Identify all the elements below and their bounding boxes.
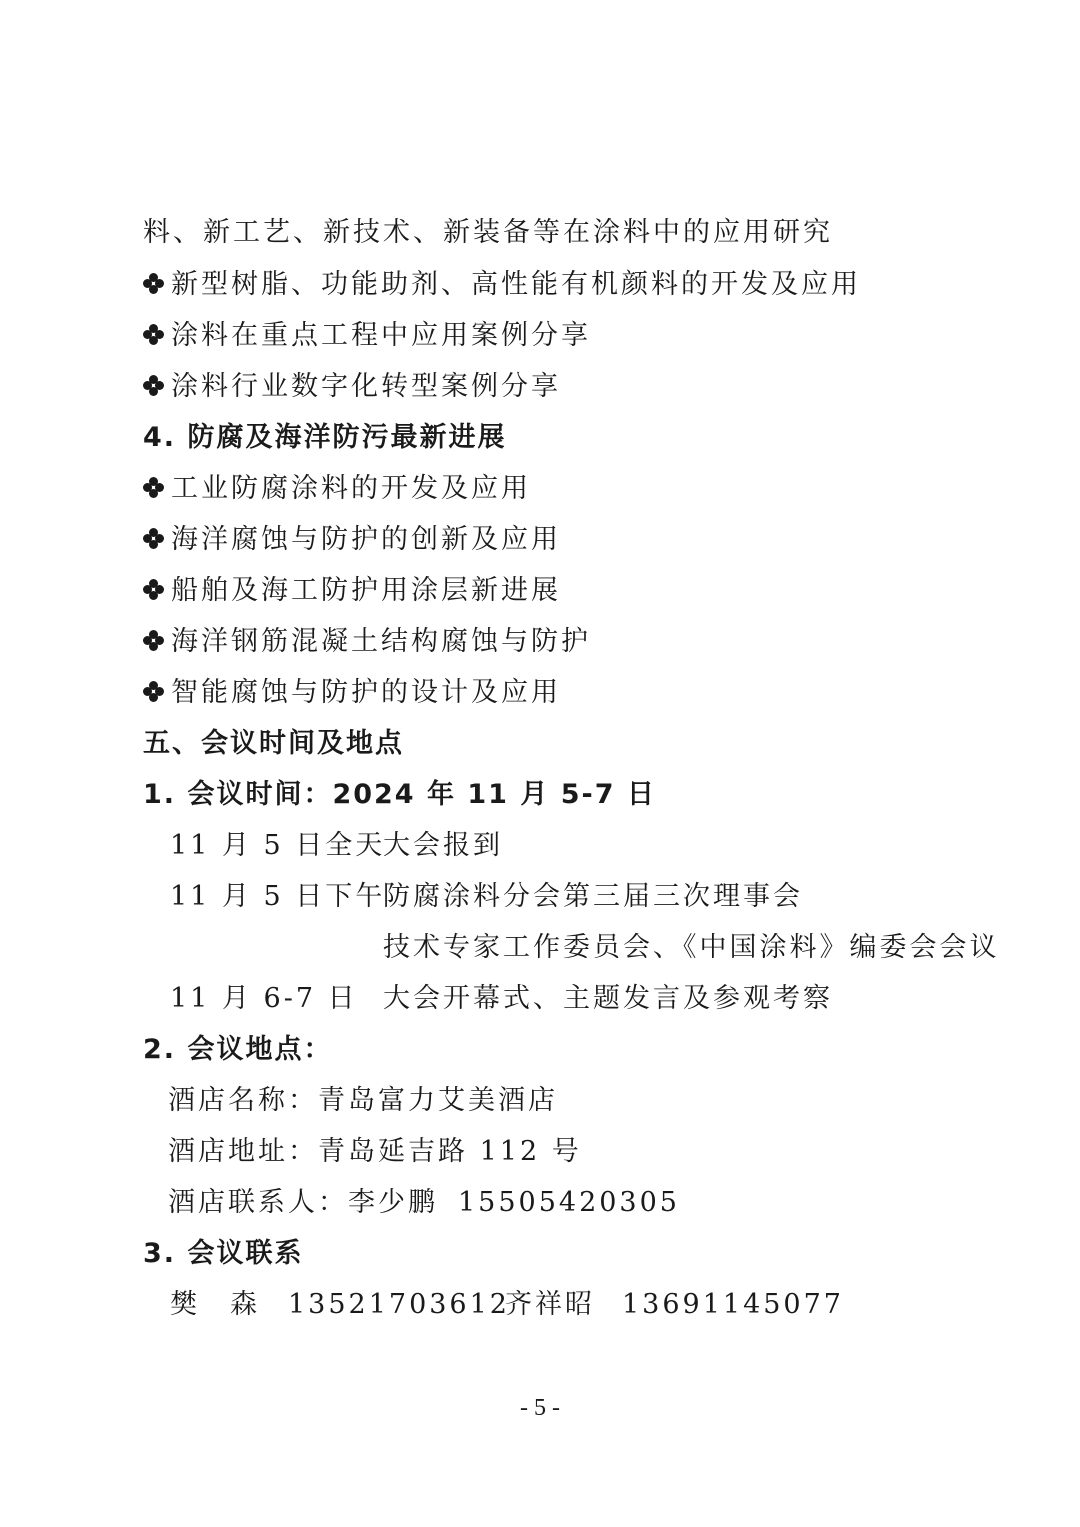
clover-bullet-icon [143, 528, 165, 550]
topic4-heading: 4. 防腐及海洋防污最新进展 [143, 421, 506, 455]
contact-heading: 3. 会议联系 [143, 1237, 303, 1271]
list-item: 智能腐蚀与防护的设计及应用 [143, 676, 561, 710]
clover-bullet-icon [143, 324, 165, 346]
hotel-contact-name: 李少鹏 [348, 1187, 438, 1218]
clover-bullet-icon [143, 579, 165, 601]
clover-bullet-icon [143, 273, 165, 295]
list-item: 海洋腐蚀与防护的创新及应用 [143, 523, 561, 557]
hotel-name-label: 酒店名称： [168, 1085, 318, 1116]
clover-bullet-icon [143, 681, 165, 703]
schedule-date: 11 月 5 日全天 [170, 829, 385, 863]
schedule-date: 11 月 5 日下午 [170, 880, 385, 914]
hotel-address: 青岛延吉路 112 号 [318, 1136, 582, 1167]
meeting-time-heading: 1. 会议时间：2024 年 11 月 5-7 日 [143, 778, 656, 812]
hotel-name: 青岛富力艾美酒店 [318, 1085, 558, 1116]
clover-bullet-icon [143, 630, 165, 652]
hotel-contact-label: 酒店联系人： [168, 1187, 348, 1218]
hotel-name-row: 酒店名称：青岛富力艾美酒店 [168, 1084, 558, 1118]
clover-bullet-icon [143, 375, 165, 397]
schedule-event: 大会开幕式、主题发言及参观考察 [383, 982, 833, 1016]
contact-phone: 13691145077 [622, 1288, 844, 1322]
list-item: 涂料在重点工程中应用案例分享 [143, 319, 591, 353]
list-item: 涂料行业数字化转型案例分享 [143, 370, 561, 404]
venue-heading: 2. 会议地点： [143, 1033, 332, 1067]
list-item: 海洋钢筋混凝土结构腐蚀与防护 [143, 625, 591, 659]
schedule-event: 技术专家工作委员会、《中国涂料》编委会会议 [383, 931, 1000, 965]
schedule-event: 大会报到 [383, 829, 503, 863]
section5-heading: 五、会议时间及地点 [143, 727, 404, 761]
hotel-contact-phone: 15505420305 [458, 1186, 680, 1220]
page-number: - 5 - [0, 1395, 1080, 1422]
schedule-date: 11 月 6-7 日 [170, 982, 358, 1016]
list-item: 新型树脂、功能助剂、高性能有机颜料的开发及应用 [143, 268, 861, 302]
contact-phone: 13521703612 [288, 1288, 510, 1322]
schedule-event: 防腐涂料分会第三届三次理事会 [383, 880, 803, 914]
hotel-address-label: 酒店地址： [168, 1136, 318, 1167]
clover-bullet-icon [143, 477, 165, 499]
continuation-line: 料、新工艺、新技术、新装备等在涂料中的应用研究 [143, 216, 833, 250]
list-item: 船舶及海工防护用涂层新进展 [143, 574, 561, 608]
hotel-address-row: 酒店地址：青岛延吉路 112 号 [168, 1135, 582, 1169]
contact-name: 樊 森 [170, 1288, 260, 1322]
list-item: 工业防腐涂料的开发及应用 [143, 472, 531, 506]
hotel-contact-row: 酒店联系人：李少鹏 15505420305 [168, 1186, 438, 1220]
contact-name: 齐祥昭 [505, 1288, 595, 1322]
